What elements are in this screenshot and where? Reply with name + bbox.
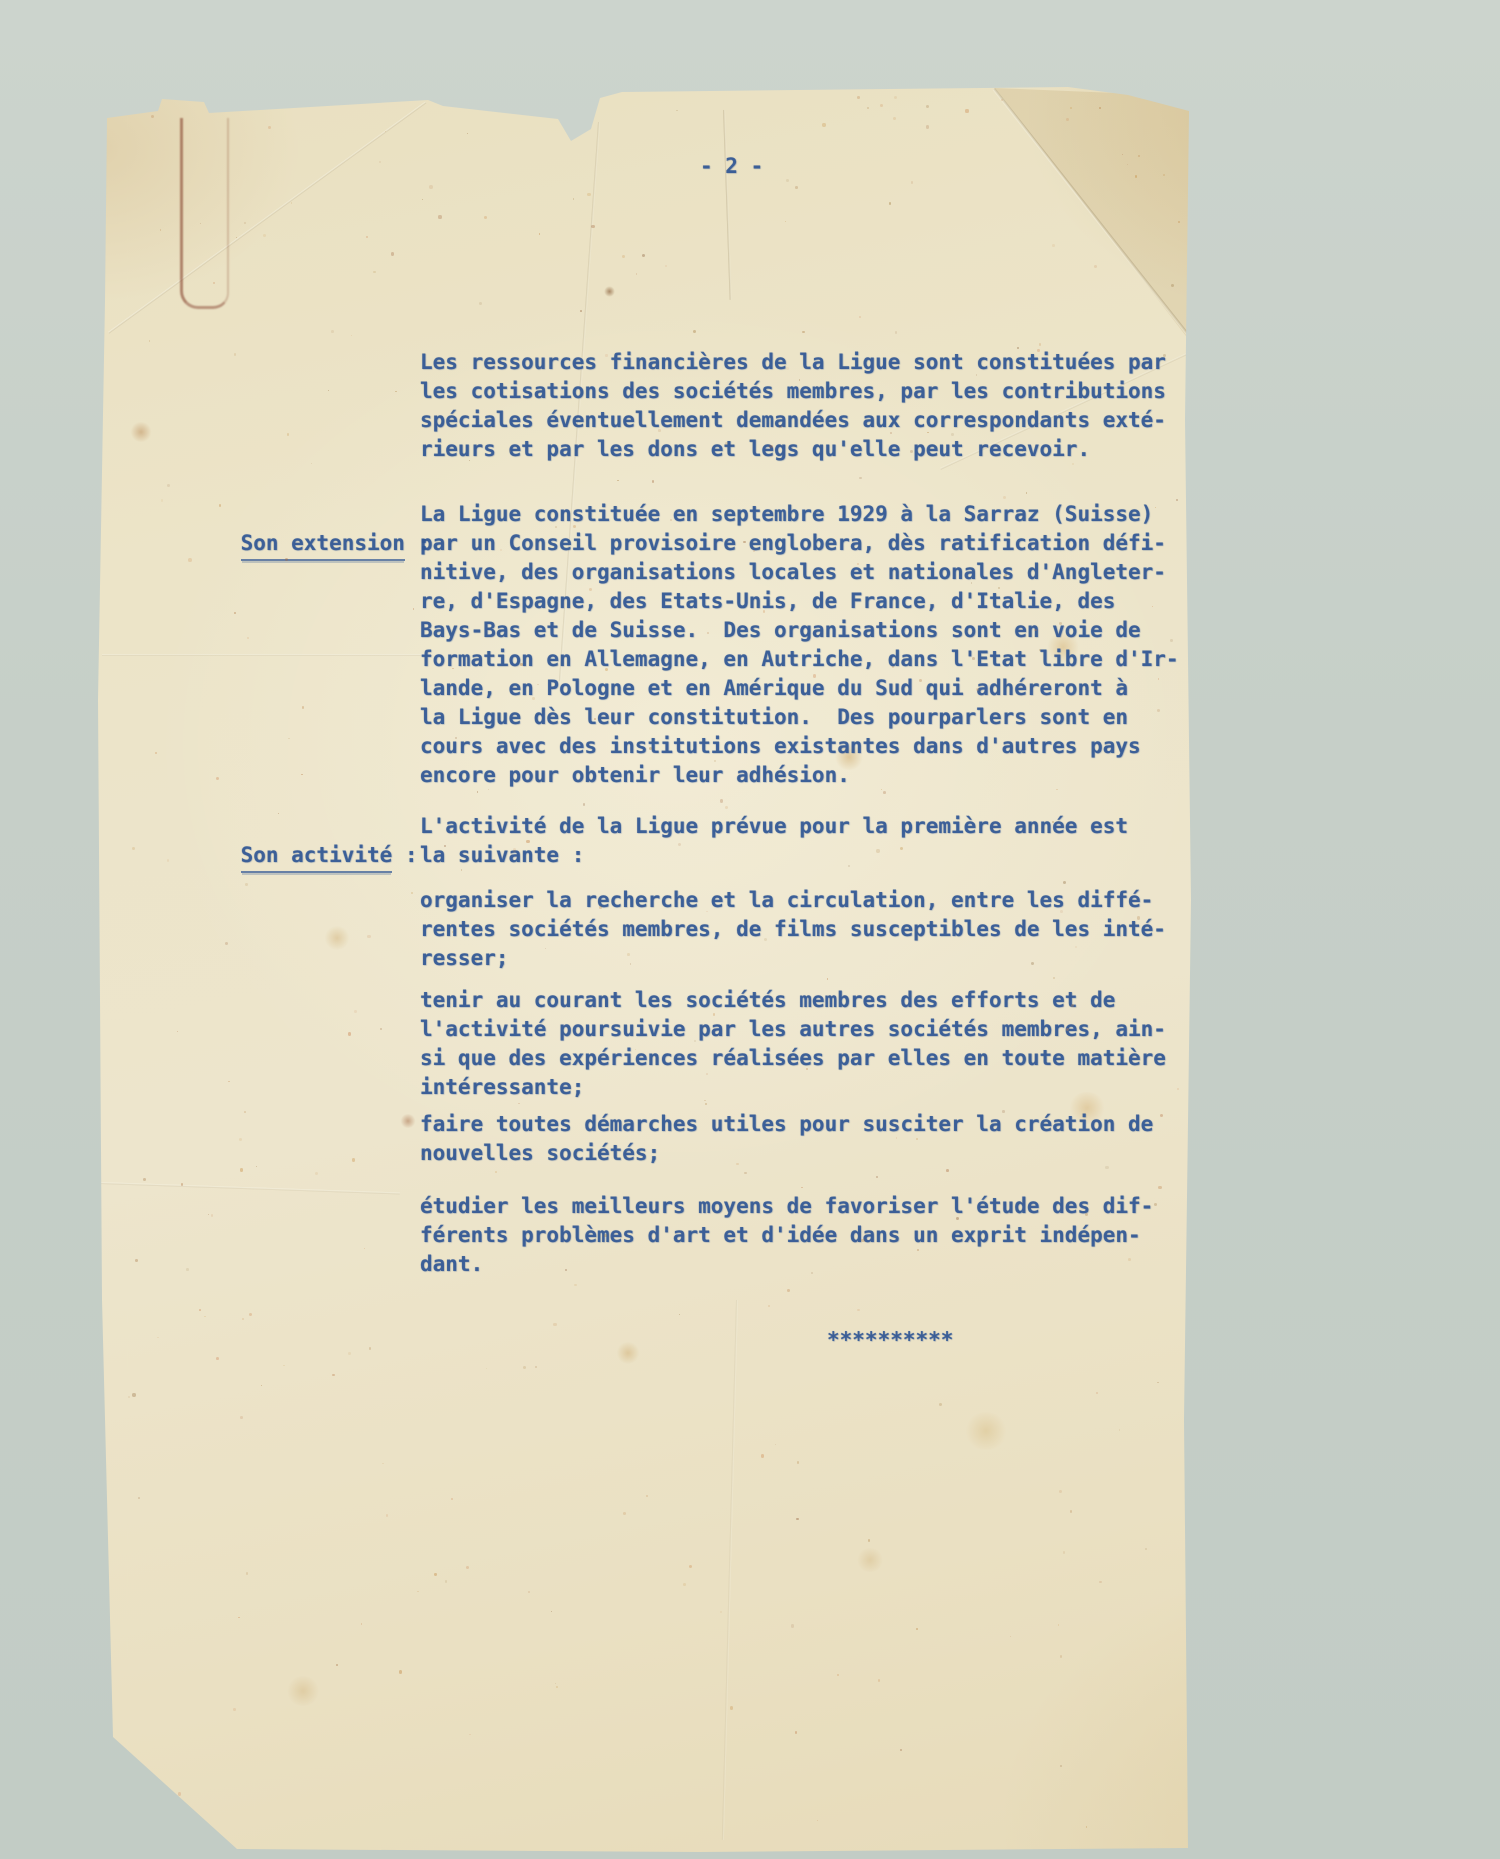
speck-dot — [128, 1396, 130, 1398]
speck-dot — [315, 1172, 318, 1175]
speck-dot — [761, 1454, 764, 1457]
speck-dot — [157, 1337, 158, 1338]
speck-dot — [228, 1081, 229, 1082]
speck-dot — [417, 1591, 419, 1593]
page-number: - 2 - — [700, 152, 763, 181]
speck-dot — [1138, 155, 1139, 156]
speck-dot — [965, 109, 968, 112]
speck-dot — [827, 978, 828, 979]
foxing-stain — [130, 422, 152, 442]
speck-dot — [352, 1158, 355, 1161]
speck-dot — [878, 1679, 880, 1681]
speck-dot — [693, 330, 696, 333]
speck-dot — [580, 310, 582, 312]
paper-crease — [723, 110, 732, 300]
speck-dot — [1066, 118, 1069, 121]
speck-dot — [467, 133, 468, 134]
speck-dot — [256, 1166, 257, 1167]
intro-paragraph: Les ressources financières de la Ligue s… — [420, 348, 1200, 464]
speck-dot — [573, 198, 574, 199]
speck-dot — [1178, 221, 1179, 222]
speck-dot — [705, 1103, 707, 1105]
speck-dot — [135, 1259, 138, 1262]
speck-dot — [551, 1611, 552, 1612]
speck-dot — [247, 637, 249, 639]
speck-dot — [238, 1617, 239, 1618]
speck-dot — [744, 1172, 746, 1174]
speck-dot — [167, 859, 170, 862]
speck-dot — [336, 1664, 338, 1666]
foxing-stain — [286, 1676, 320, 1706]
speck-dot — [802, 331, 805, 334]
speck-dot — [1063, 881, 1066, 884]
speck-dot — [132, 1393, 135, 1396]
speck-dot — [795, 1731, 797, 1733]
speck-dot — [495, 1171, 497, 1173]
speck-dot — [199, 1309, 201, 1311]
speck-dot — [1063, 1551, 1066, 1554]
speck-dot — [240, 1168, 243, 1171]
speck-dot — [160, 229, 162, 231]
speck-dot — [486, 1368, 487, 1369]
speck-dot — [1001, 99, 1003, 101]
speck-dot — [787, 1289, 790, 1292]
speck-dot — [239, 1138, 242, 1141]
speck-dot — [1053, 977, 1055, 979]
activity-item: étudier les meilleurs moyens de favorise… — [420, 1192, 1200, 1279]
foxing-stain — [856, 1548, 884, 1572]
speck-dot — [797, 1461, 799, 1463]
speck-dot — [386, 1514, 389, 1517]
speck-dot — [1070, 107, 1072, 109]
speck-dot — [287, 433, 290, 436]
speck-dot — [178, 1792, 181, 1795]
speck-dot — [263, 234, 266, 237]
speck-dot — [1070, 1510, 1072, 1512]
speck-dot — [555, 1683, 556, 1684]
speck-dot — [438, 215, 441, 218]
speck-dot — [149, 340, 150, 341]
section-label-colon: : — [392, 843, 417, 867]
speck-dot — [225, 942, 228, 945]
speck-dot — [1060, 1765, 1062, 1767]
speck-dot — [926, 125, 929, 128]
speck-dot — [577, 128, 580, 131]
speck-dot — [895, 331, 898, 334]
speck-dot — [528, 1591, 531, 1594]
speck-dot — [233, 1708, 236, 1711]
speck-dot — [380, 1028, 383, 1031]
activity-item: tenir au courant les sociétés membres de… — [420, 986, 1200, 1102]
speck-dot — [720, 799, 723, 802]
speck-dot — [541, 100, 544, 103]
speck-dot — [484, 216, 487, 219]
speck-dot — [268, 126, 271, 129]
footer-separator: ********** — [827, 1326, 953, 1355]
speck-dot — [1059, 1490, 1062, 1493]
foxing-stain — [604, 286, 615, 297]
speck-dot — [151, 115, 154, 118]
speck-dot — [348, 1032, 352, 1036]
speck-dot — [574, 1284, 576, 1286]
speck-dot — [302, 706, 304, 708]
speck-dot — [646, 1495, 648, 1497]
speck-dot — [1099, 1581, 1101, 1583]
speck-dot — [110, 1829, 112, 1831]
speck-dot — [730, 1706, 733, 1709]
paper-crease — [108, 102, 426, 334]
speck-dot — [1119, 1429, 1120, 1430]
speck-dot — [143, 1178, 146, 1181]
speck-dot — [348, 1352, 351, 1355]
speck-dot — [1094, 265, 1097, 268]
speck-dot — [364, 1248, 365, 1249]
speck-dot — [208, 1214, 209, 1215]
speck-dot — [893, 117, 897, 121]
speck-dot — [786, 179, 789, 182]
speck-dot — [167, 484, 170, 487]
speck-dot — [768, 1305, 770, 1307]
foxing-stain — [964, 1412, 1008, 1450]
speck-dot — [1060, 1655, 1063, 1658]
speck-dot — [791, 1624, 794, 1627]
speck-dot — [665, 265, 667, 267]
speck-dot — [689, 1565, 692, 1568]
speck-dot — [288, 738, 290, 740]
speck-dot — [244, 1111, 246, 1113]
section-label-text: Son extension — [241, 529, 405, 561]
speck-dot — [876, 1176, 878, 1178]
speck-dot — [1171, 284, 1174, 287]
speck-dot — [523, 1366, 526, 1369]
speck-dot — [236, 237, 237, 238]
speck-dot — [801, 1187, 802, 1188]
speck-dot — [518, 1103, 519, 1104]
paper-crease — [102, 654, 432, 656]
foxing-stain — [324, 926, 350, 950]
speck-dot — [1026, 492, 1028, 494]
speck-dot — [181, 1183, 184, 1186]
speck-dot — [249, 1313, 252, 1316]
speck-dot — [636, 273, 638, 275]
speck-dot — [1010, 1636, 1012, 1638]
speck-dot — [916, 1628, 918, 1630]
speck-dot — [900, 1749, 902, 1751]
speck-dot — [451, 1498, 453, 1500]
speck-dot — [926, 105, 929, 108]
speck-dot — [361, 1623, 363, 1625]
speck-dot — [477, 791, 478, 792]
speck-dot — [1158, 1186, 1161, 1189]
speck-dot — [796, 1518, 799, 1521]
speck-dot — [652, 480, 655, 483]
speck-dot — [785, 221, 786, 222]
paper-crease — [722, 1300, 738, 1840]
speck-dot — [1086, 1826, 1088, 1828]
speck-dot — [1052, 244, 1055, 247]
speck-dot — [216, 777, 219, 780]
speck-dot — [177, 1031, 178, 1032]
speck-dot — [434, 1573, 436, 1575]
speck-dot — [1145, 1548, 1147, 1550]
speck-dot — [211, 1214, 213, 1216]
speck-dot — [413, 608, 415, 610]
speck-dot — [445, 1580, 447, 1582]
speck-dot — [138, 1497, 140, 1499]
speck-dot — [587, 193, 590, 196]
speck-dot — [244, 222, 246, 224]
foxing-stain — [400, 1114, 416, 1128]
speck-dot — [261, 1385, 262, 1386]
speck-dot — [469, 1734, 471, 1736]
speck-dot — [422, 199, 423, 200]
speck-dot — [1135, 175, 1137, 177]
speck-dot — [234, 612, 236, 614]
speck-dot — [939, 1403, 942, 1406]
speck-dot — [328, 390, 329, 391]
speck-dot — [591, 225, 595, 229]
speck-dot — [367, 935, 370, 938]
scanned-document-background: { "page": { "number_label": "- 2 -", "fo… — [0, 0, 1500, 1859]
speck-dot — [311, 463, 312, 464]
section-body-activite: L'activité de la Ligue prévue pour la pr… — [420, 812, 1200, 870]
speck-dot — [795, 186, 798, 189]
speck-dot — [132, 847, 135, 850]
speck-dot — [676, 110, 677, 111]
speck-dot — [817, 1820, 819, 1822]
speck-dot — [720, 1611, 723, 1614]
speck-dot — [373, 271, 375, 273]
speck-dot — [379, 161, 382, 164]
speck-dot — [535, 1366, 537, 1368]
foxing-stain — [616, 1342, 640, 1364]
speck-dot — [466, 1566, 469, 1569]
speck-dot — [822, 123, 825, 126]
speck-dot — [859, 316, 861, 318]
speck-dot — [1157, 1382, 1158, 1383]
speck-dot — [366, 236, 368, 238]
speck-dot — [1003, 496, 1006, 499]
speck-dot — [395, 391, 397, 393]
speck-dot — [775, 1444, 776, 1445]
speck-dot — [385, 131, 386, 132]
speck-dot — [894, 96, 897, 99]
section-body-extension: La Ligue constituée en septembre 1929 à … — [420, 500, 1200, 790]
speck-dot — [889, 202, 892, 205]
speck-dot — [1122, 154, 1123, 155]
speck-dot — [399, 1670, 402, 1673]
speck-dot — [331, 330, 334, 333]
speck-dot — [1058, 1624, 1059, 1625]
speck-dot — [479, 302, 482, 305]
speck-dot — [679, 1314, 680, 1315]
speck-dot — [186, 1268, 189, 1271]
speck-dot — [283, 1365, 284, 1366]
speck-dot — [857, 96, 860, 99]
speck-dot — [857, 1309, 860, 1312]
activity-item: organiser la recherche et la circulation… — [420, 886, 1200, 973]
speck-dot — [880, 104, 883, 107]
speck-dot — [725, 806, 728, 809]
speck-dot — [242, 1318, 244, 1320]
speck-dot — [301, 774, 303, 776]
speck-dot — [539, 233, 540, 234]
speck-dot — [1039, 343, 1042, 346]
speck-dot — [867, 107, 869, 109]
speck-dot — [617, 480, 618, 481]
speck-dot — [354, 1010, 357, 1013]
speck-dot — [556, 1686, 558, 1688]
document-page: - 2 - Les ressources financières de la L… — [0, 0, 1500, 1859]
speck-dot — [351, 335, 352, 336]
speck-dot — [583, 803, 586, 806]
speck-dot — [1099, 107, 1101, 109]
rust-stain — [180, 118, 229, 309]
speck-dot — [1096, 1392, 1098, 1394]
speck-dot — [622, 255, 625, 258]
speck-dot — [429, 185, 433, 189]
speck-dot — [946, 1169, 949, 1172]
speck-dot — [314, 101, 317, 104]
speck-dot — [1127, 164, 1129, 166]
speck-dot — [246, 1572, 249, 1575]
speck-dot — [1163, 174, 1165, 176]
speck-dot — [883, 791, 886, 794]
speck-dot — [859, 477, 862, 480]
speck-dot — [868, 1539, 871, 1542]
speck-dot — [332, 1374, 334, 1376]
speck-dot — [642, 254, 645, 257]
speck-dot — [369, 1347, 372, 1350]
speck-dot — [204, 1316, 205, 1317]
activity-item: faire toutes démarches utiles pour susci… — [420, 1110, 1200, 1168]
speck-dot — [553, 1323, 557, 1327]
section-label-text: Son activité — [241, 841, 393, 873]
speck-dot — [291, 202, 293, 204]
speck-dot — [837, 1674, 840, 1677]
speck-dot — [911, 181, 914, 184]
speck-dot — [623, 1512, 626, 1515]
speck-dot — [155, 752, 158, 755]
speck-dot — [683, 1583, 686, 1586]
speck-dot — [382, 1463, 383, 1464]
speck-dot — [216, 1357, 219, 1360]
speck-dot — [240, 1416, 243, 1419]
paper-crease — [100, 1182, 400, 1194]
speck-dot — [391, 252, 395, 256]
speck-dot — [234, 353, 237, 356]
speck-dot — [161, 499, 163, 501]
paper-crease — [993, 88, 1192, 339]
